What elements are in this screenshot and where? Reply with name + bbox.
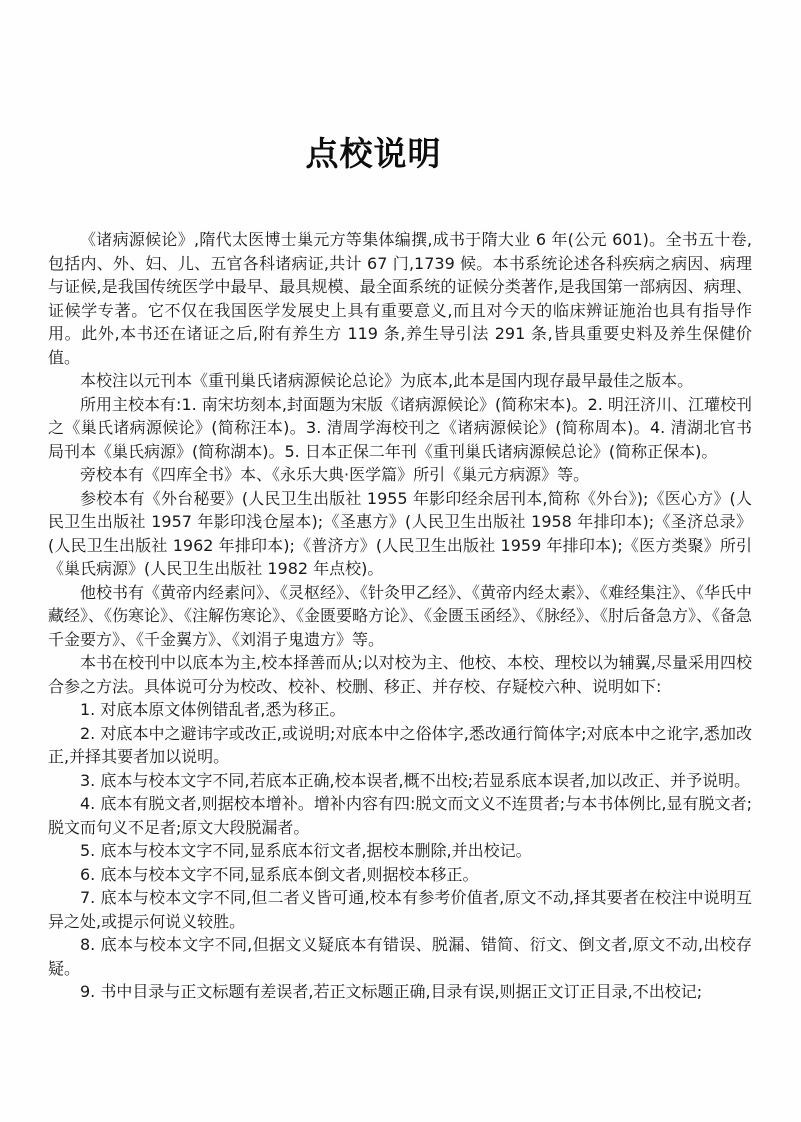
item-text: 底本与校本文字不同,但据文义疑底本有错误、脱漏、错简、衍文、倒文者,原文不动,出… bbox=[48, 935, 752, 978]
item-text: 底本与校本文字不同,显系底本倒文者,则据校本移正。 bbox=[100, 865, 478, 884]
paragraph-main-collation-editions: 所用主校本有:1. 南宋坊刻本,封面题为宋版《诸病源候论》(简称宋本)。2. 明… bbox=[48, 393, 752, 464]
item-number: 7. bbox=[80, 888, 95, 907]
page-title: 点校说明 bbox=[0, 128, 747, 175]
item-number: 6. bbox=[80, 865, 95, 884]
numbered-item-9: 9. 书中目录与正文标题有差误者,若正文标题正确,目录有误,则据正文订正目录,不… bbox=[48, 980, 752, 1004]
item-number: 2. bbox=[80, 724, 95, 743]
paragraph-base-edition: 本校注以元刊本《重刊巢氏诸病源候论总论》为底本,此本是国内现存最早最佳之版本。 bbox=[48, 369, 752, 393]
numbered-item-2: 2. 对底本中之避讳字或改正,或说明;对底本中之俗体字,悉改通行简体字;对底本中… bbox=[48, 722, 752, 769]
item-number: 3. bbox=[80, 771, 95, 790]
numbered-item-1: 1. 对底本原文体例错乱者,悉为移正。 bbox=[48, 698, 752, 722]
item-text: 对底本中之避讳字或改正,或说明;对底本中之俗体字,悉改通行简体字;对底本中之讹字… bbox=[48, 724, 752, 767]
item-text: 底本与校本文字不同,若底本正确,校本误者,概不出校;若显系底本误者,加以改正、并… bbox=[100, 771, 750, 790]
paragraph-side-collation-editions: 旁校本有《四库全书》本、《永乐大典·医学篇》所引《巢元方病源》等。 bbox=[48, 463, 752, 487]
paragraph-other-collation-books: 他校书有《黄帝内经素问》、《灵枢经》、《针灸甲乙经》、《黄帝内经太素》、《难经集… bbox=[48, 581, 752, 652]
paragraph-reference-collation-editions: 参校本有《外台秘要》(人民卫生出版社 1955 年影印经余居刊本,简称《外台》)… bbox=[48, 487, 752, 581]
item-number: 4. bbox=[80, 794, 95, 813]
paragraph-collation-method: 本书在校刊中以底本为主,校本择善而从;以对校为主、他校、本校、理校以为辅翼,尽量… bbox=[48, 651, 752, 698]
item-text: 底本与校本文字不同,但二者义皆可通,校本有参考价值者,原文不动,择其要者在校注中… bbox=[48, 888, 752, 931]
numbered-item-4: 4. 底本有脱文者,则据校本增补。增补内容有四:脱文而文义不连贯者;与本书体例比… bbox=[48, 792, 752, 839]
item-text: 底本与校本文字不同,显系底本衍文者,据校本删除,并出校记。 bbox=[100, 841, 531, 860]
numbered-item-6: 6. 底本与校本文字不同,显系底本倒文者,则据校本移正。 bbox=[48, 863, 752, 887]
scanned-document-page: 点校说明 《诸病源候论》,隋代太医博士巢元方等集体编撰,成书于隋大业 6 年(公… bbox=[0, 0, 801, 1122]
item-text: 底本有脱文者,则据校本增补。增补内容有四:脱文而文义不连贯者;与本书体例比,显有… bbox=[48, 794, 752, 837]
item-text: 对底本原文体例错乱者,悉为移正。 bbox=[100, 700, 345, 719]
item-number: 9. bbox=[80, 982, 95, 1001]
item-number: 8. bbox=[80, 935, 95, 954]
item-number: 1. bbox=[80, 700, 95, 719]
numbered-item-5: 5. 底本与校本文字不同,显系底本衍文者,据校本删除,并出校记。 bbox=[48, 839, 752, 863]
numbered-item-3: 3. 底本与校本文字不同,若底本正确,校本误者,概不出校;若显系底本误者,加以改… bbox=[48, 769, 752, 793]
numbered-item-7: 7. 底本与校本文字不同,但二者义皆可通,校本有参考价值者,原文不动,择其要者在… bbox=[48, 886, 752, 933]
numbered-item-8: 8. 底本与校本文字不同,但据文义疑底本有错误、脱漏、错简、衍文、倒文者,原文不… bbox=[48, 933, 752, 980]
paragraph-overview: 《诸病源候论》,隋代太医博士巢元方等集体编撰,成书于隋大业 6 年(公元 601… bbox=[48, 228, 752, 369]
document-body: 《诸病源候论》,隋代太医博士巢元方等集体编撰,成书于隋大业 6 年(公元 601… bbox=[48, 228, 752, 1004]
item-text: 书中目录与正文标题有差误者,若正文标题正确,目录有误,则据正文订正目录,不出校记… bbox=[100, 982, 702, 1001]
item-number: 5. bbox=[80, 841, 95, 860]
